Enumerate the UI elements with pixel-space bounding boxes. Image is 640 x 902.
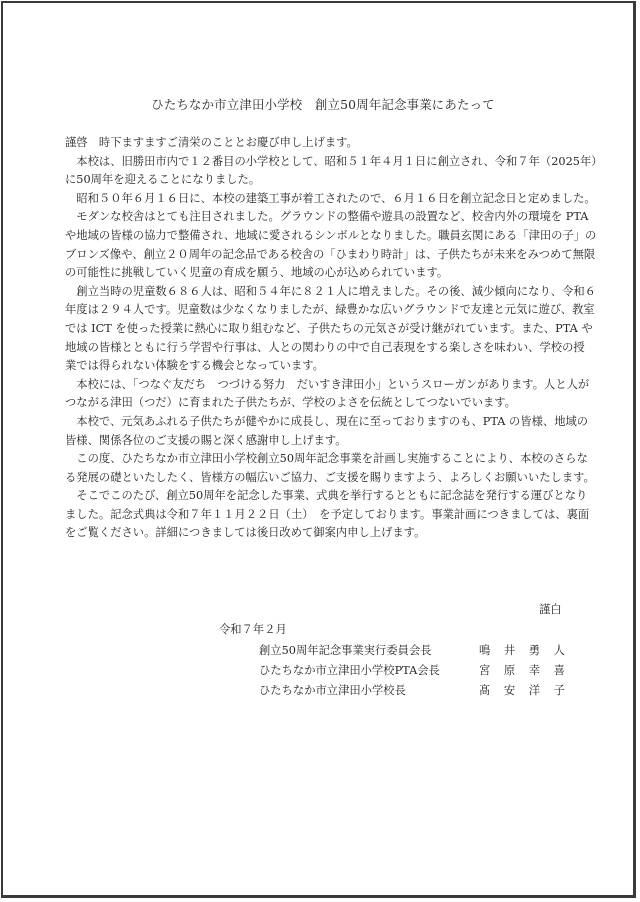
name-char: 髙 (479, 682, 490, 698)
body-line: 本校は、旧勝田市内で１２番目の小学校として、昭和５１年４月１日に創立され、令和７… (65, 153, 585, 172)
letter-date: 令和７年２月 (219, 621, 287, 637)
document-page: ひたちなか市立津田小学校 創立50周年記念事業にあたって 謹啓 時下ますますご清… (1, 1, 636, 898)
body-line: 年度は２９４人です。児童数は少なくなりましたが、緑豊かな広いグラウンドで友達と元… (65, 301, 585, 320)
body-line: つながる津田（つだ）に育まれた子供たちが、学校のよさを伝統としてつないでいます。 (65, 394, 585, 413)
closing-salutation: 謹白 (539, 601, 562, 617)
body-line: に50周年を迎えることになりました。 (65, 171, 585, 190)
body-line: ました。記念式典は令和７年１１月２２日（土） を予定しております。事業計画につき… (65, 506, 585, 525)
name-char: 洋 (529, 682, 540, 698)
body-line: の可能性に挑戦していく児童の育成を願う、地域の心が込められています。 (65, 264, 585, 283)
document-title: ひたちなか市立津田小学校 創立50周年記念事業にあたって (3, 95, 640, 113)
body-line: 地域の皆様とともに行う学習や行事は、人との関わりの中で自己表現をする楽しさを味わ… (65, 339, 585, 358)
body-line: ブロンズ像や、創立２０周年の記念品である校舎の「ひまわり時計」は、子供たちが未来… (65, 246, 585, 265)
letter-body: 謹啓 時下ますますご清栄のこととお慶び申し上げます。 本校は、旧勝田市内で１２番… (65, 134, 585, 543)
body-line: 皆様、関係各位のご支援の賜と深く感謝申し上げます。 (65, 432, 585, 451)
body-line: や地域の皆様の協力で整備され、地域に愛されるシンボルとなりました。職員玄関にある… (65, 227, 585, 246)
name-char: 井 (504, 642, 515, 658)
body-line: 本校には、「つなぐ友だち つづける努力 だいすき津田小」というスローガンがありま… (65, 376, 585, 395)
signatory-row: 創立50周年記念事業実行委員会長 鳴 井 勇 人 (259, 640, 579, 660)
body-line: モダンな校舎はとても注目されました。グラウンドの整備や遊具の設置など、校舎内外の… (65, 208, 585, 227)
name-char: 宮 (479, 662, 490, 678)
signatory-row: ひたちなか市立津田小学校長 髙 安 洋 子 (259, 680, 579, 700)
name-char: 原 (504, 662, 515, 678)
name-char: 勇 (529, 642, 540, 658)
body-line: この度、ひたちなか市立津田小学校創立50周年記念事業を計画し実施することにより、… (65, 450, 585, 469)
signatory-name: 髙 安 洋 子 (479, 682, 565, 698)
body-line: では ICT を使った授業に熱心に取り組むなど、子供たちの元気さが受け継がれてい… (65, 320, 585, 339)
body-line: 謹啓 時下ますますご清栄のこととお慶び申し上げます。 (65, 134, 585, 153)
name-char: 子 (554, 682, 565, 698)
name-char: 喜 (554, 662, 565, 678)
name-char: 鳴 (479, 642, 490, 658)
body-line: そこでこのたび、創立50周年を記念した事業、式典を挙行するとともに記念誌を発行す… (65, 487, 585, 506)
body-line: 業では得られない体験をする機会となっています。 (65, 357, 585, 376)
body-line: 昭和５０年６月１６日に、本校の建築工事が着工されたので、６月１６日を創立記念日と… (65, 190, 585, 209)
signatory-title: ひたちなか市立津田小学校長 (259, 682, 479, 698)
signatory-name: 宮 原 幸 喜 (479, 662, 565, 678)
body-line: 本校で、元気あふれる子供たちが健やかに成長し、現在に至っておりますのも、PTA … (65, 413, 585, 432)
body-line: る発展の礎といたしたく、皆様方の幅広いご協力、ご支援を賜りますよう、よろしくお願… (65, 469, 585, 488)
name-char: 人 (554, 642, 565, 658)
signature-block: 創立50周年記念事業実行委員会長 鳴 井 勇 人 ひたちなか市立津田小学校PTA… (259, 640, 579, 700)
signatory-name: 鳴 井 勇 人 (479, 642, 565, 658)
signatory-title: ひたちなか市立津田小学校PTA会長 (259, 662, 479, 678)
name-char: 幸 (529, 662, 540, 678)
body-line: をご覧ください。詳細につきましては後日改めて御案内申し上げます。 (65, 524, 585, 543)
body-line: 創立当時の児童数６８６人は、昭和５４年に８２１人に増えました。その後、減少傾向に… (65, 283, 585, 302)
signatory-title: 創立50周年記念事業実行委員会長 (259, 642, 479, 658)
signatory-row: ひたちなか市立津田小学校PTA会長 宮 原 幸 喜 (259, 660, 579, 680)
name-char: 安 (504, 682, 515, 698)
